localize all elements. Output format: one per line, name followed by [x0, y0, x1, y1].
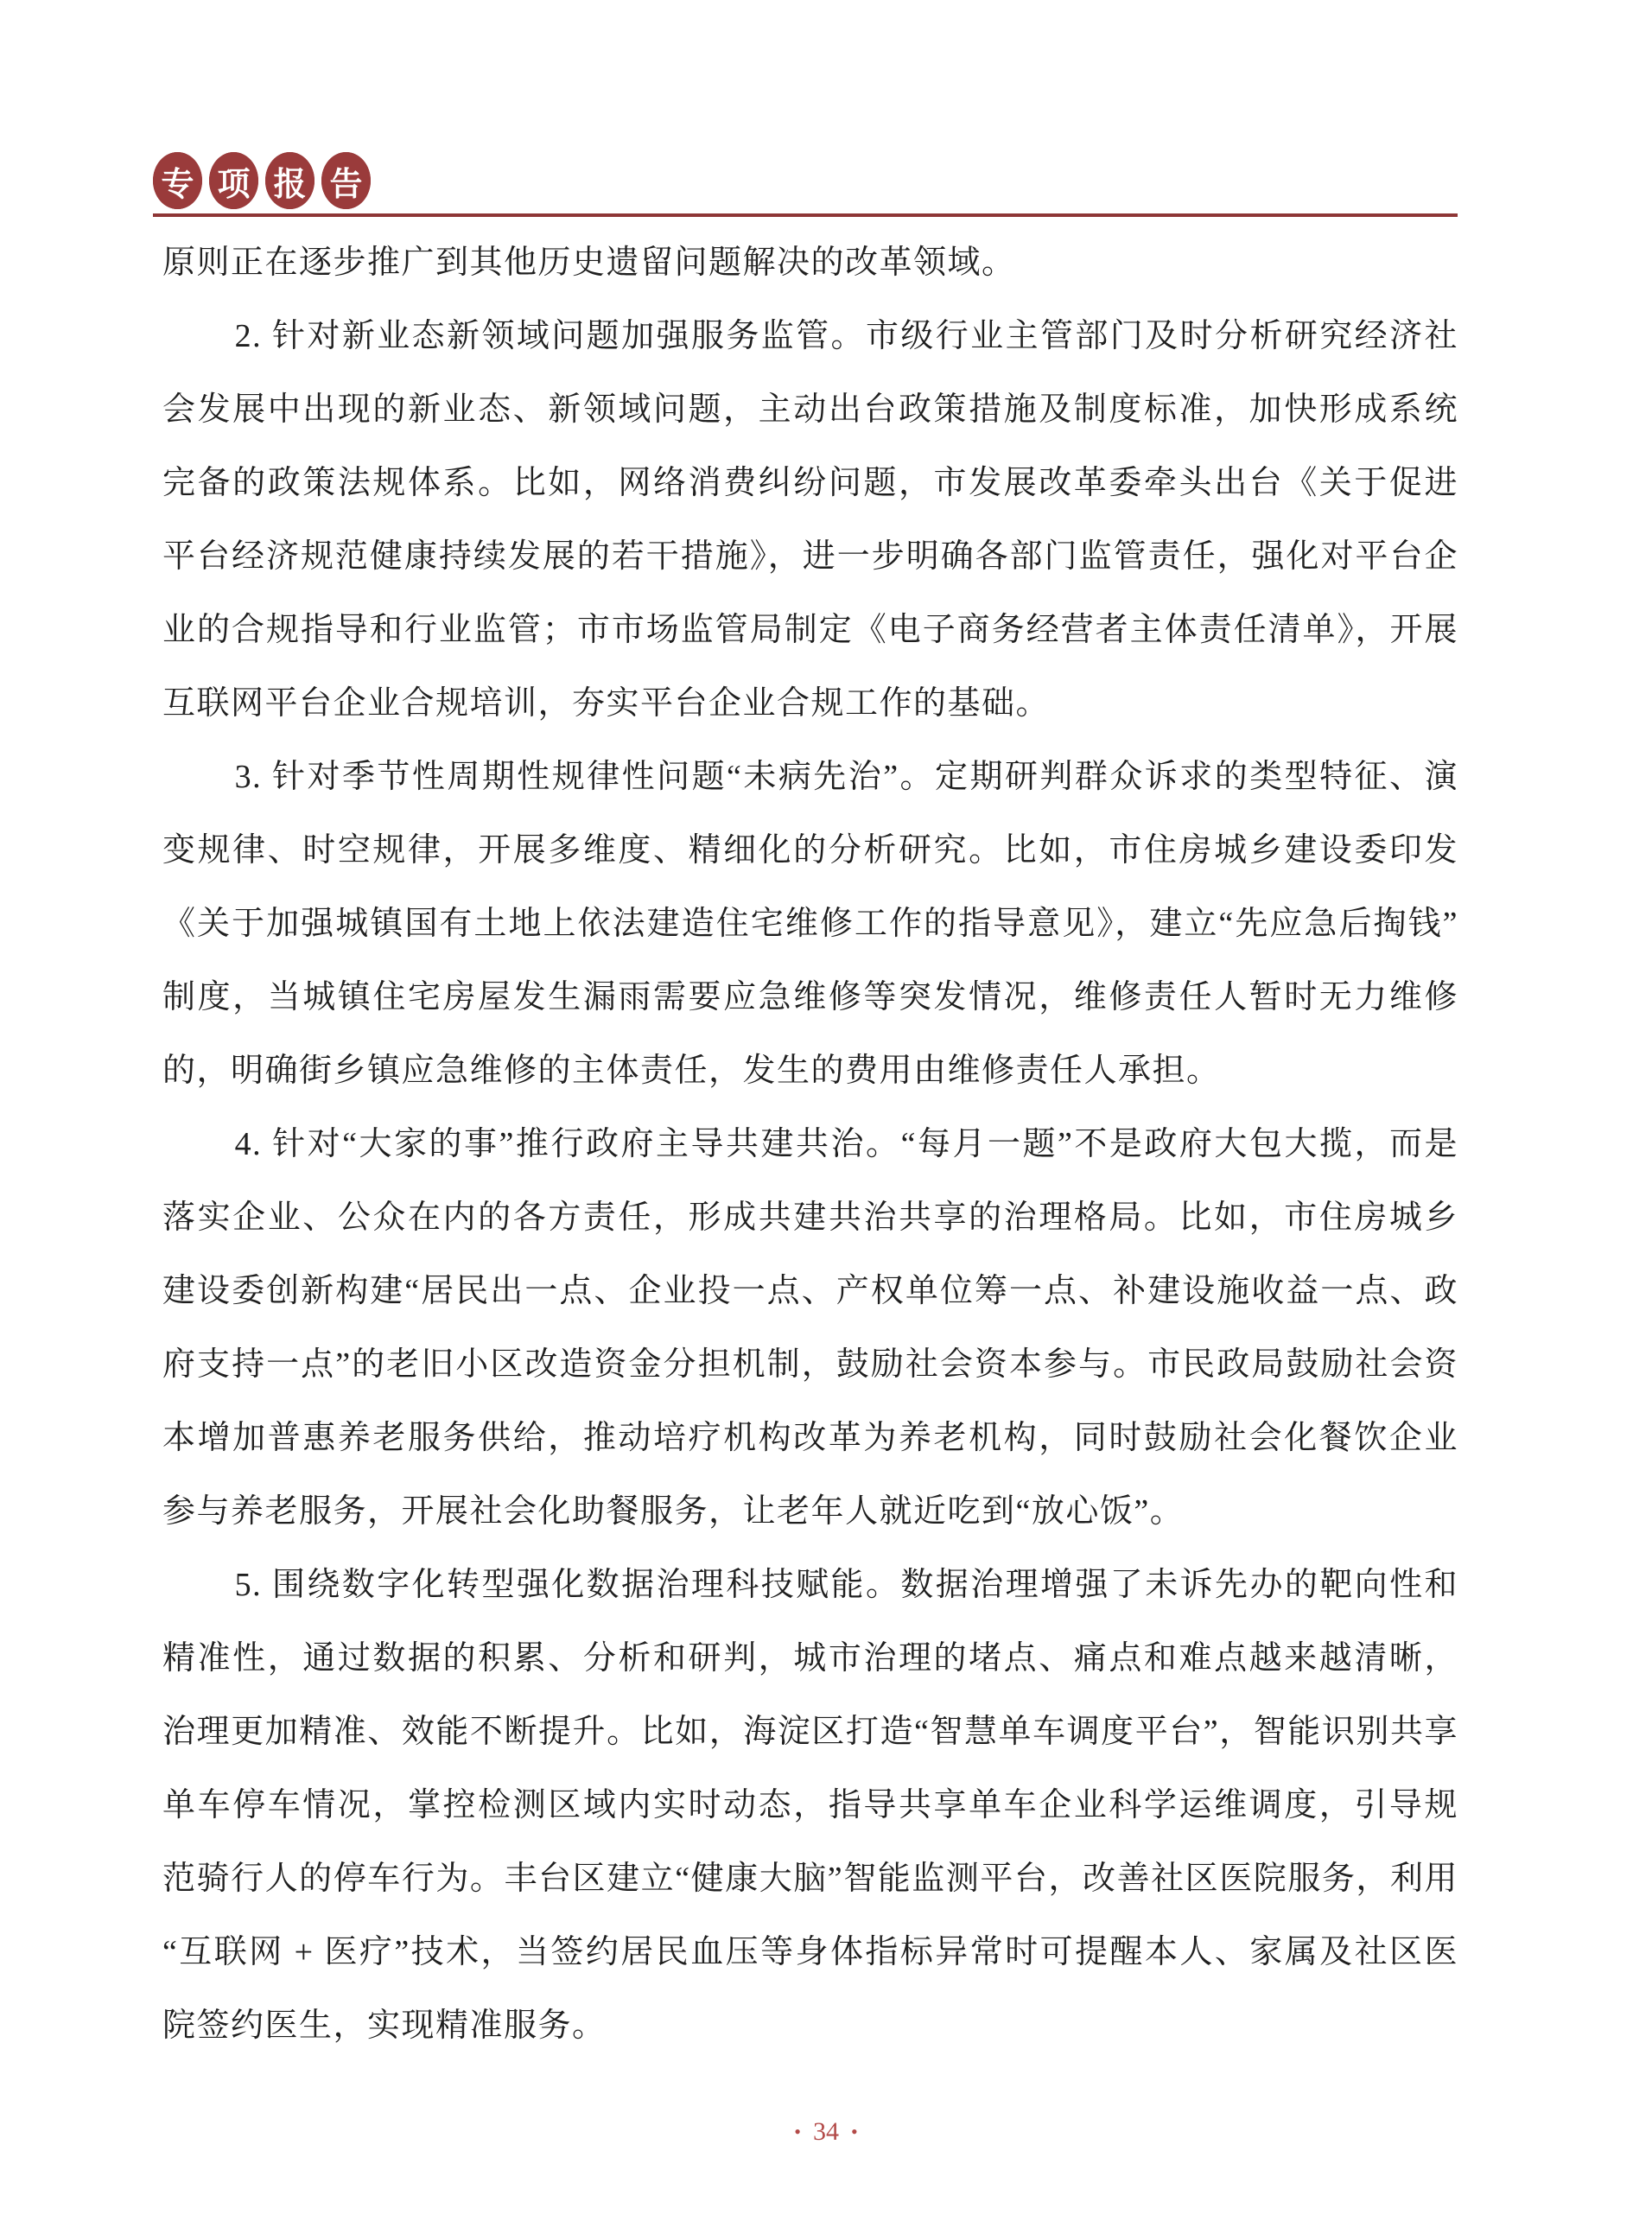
footer-dot-left: •	[782, 2121, 813, 2142]
document-page: 专 项 报 告 原则正在逐步推广到其他历史遗留问题解决的改革领域。 2. 针对新…	[0, 0, 1652, 2240]
body-paragraph: 4. 针对“大家的事”推行政府主导共建共治。“每月一题”不是政府大包大揽，而是落…	[162, 1108, 1458, 1549]
page-header: 专 项 报 告	[153, 152, 1458, 209]
page-number: 34	[813, 2117, 839, 2146]
header-badge-char: 告	[321, 152, 371, 209]
header-badge-group: 专 项 报 告	[153, 152, 1458, 209]
header-badge-char: 报	[265, 152, 315, 209]
footer-dot-right: •	[839, 2121, 870, 2142]
body-paragraph: 2. 针对新业态新领域问题加强服务监管。市级行业主管部门及时分析研究经济社会发展…	[162, 300, 1458, 741]
page-footer: •34•	[0, 2117, 1652, 2147]
document-body: 原则正在逐步推广到其他历史遗留问题解决的改革领域。 2. 针对新业态新领域问题加…	[162, 226, 1458, 2063]
header-badge-char: 专	[153, 152, 202, 209]
body-paragraph: 3. 针对季节性周期性规律性问题“未病先治”。定期研判群众诉求的类型特征、演变规…	[162, 741, 1458, 1108]
header-badge-char: 项	[209, 152, 258, 209]
body-paragraph: 原则正在逐步推广到其他历史遗留问题解决的改革领域。	[162, 226, 1458, 300]
header-rule	[153, 213, 1458, 217]
body-paragraph: 5. 围绕数字化转型强化数据治理科技赋能。数据治理增强了未诉先办的靶向性和精准性…	[162, 1549, 1458, 2063]
